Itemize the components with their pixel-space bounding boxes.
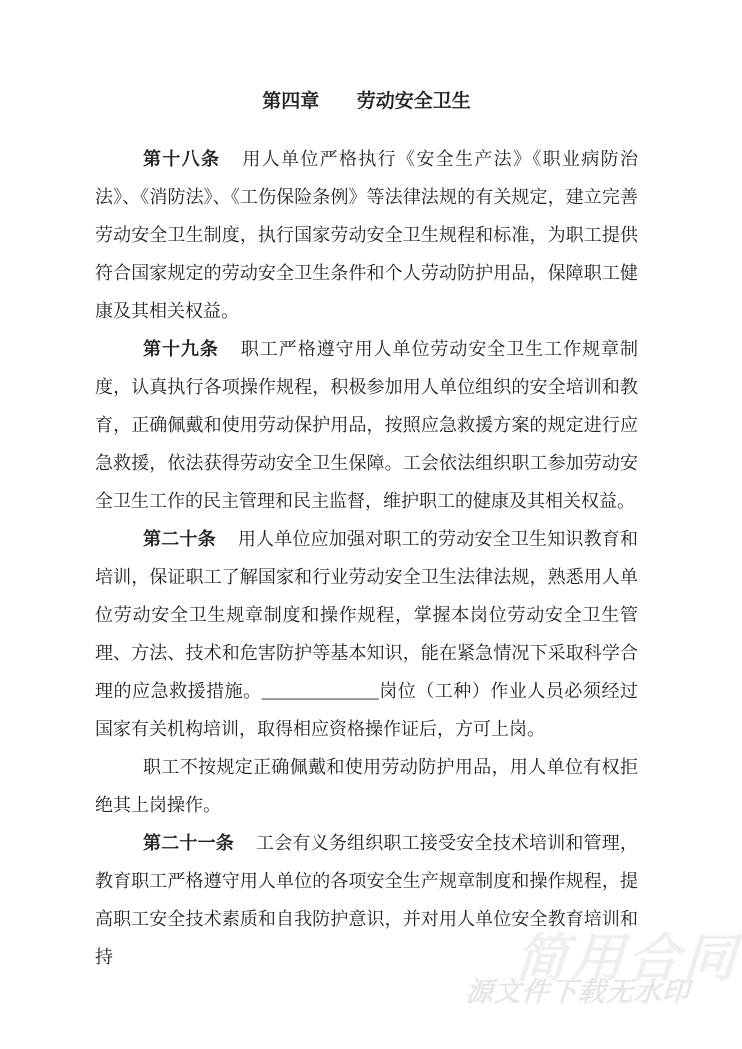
- paragraph-article-19: 第十九条职工严格遵守用人单位劳动安全卫生工作规章制度，认真执行各项操作规程，积极…: [95, 330, 638, 520]
- paragraph-article-20-note: 职工不按规定正确佩戴和使用劳动防护用品，用人单位有权拒绝其上岗操作。: [95, 748, 638, 824]
- article-20-body: 用人单位应加强对职工的劳动安全卫生知识教育和培训，保证职工了解国家和行业劳动安全…: [95, 529, 638, 739]
- paragraph-article-20: 第二十条用人单位应加强对职工的劳动安全卫生知识教育和培训，保证职工了解国家和行业…: [95, 520, 638, 748]
- article-21-head: 第二十一条: [143, 833, 234, 853]
- article-18-head: 第十八条: [143, 149, 220, 169]
- article-19-head: 第十九条: [143, 339, 219, 359]
- paragraph-article-21: 第二十一条工会有义务组织职工接受安全技术培训和管理，教育职工严格遵守用人单位的各…: [95, 824, 638, 976]
- article-19-body: 职工严格遵守用人单位劳动安全卫生工作规章制度，认真执行各项操作规程，积极参加用人…: [95, 339, 638, 511]
- article-20-note-body: 职工不按规定正确佩戴和使用劳动防护用品，用人单位有权拒绝其上岗操作。: [95, 757, 638, 815]
- chapter-title: 第四章 劳动安全卫生: [95, 83, 638, 121]
- document-page: 简用合同 源文件下载无水印 第四章 劳动安全卫生 第十八条用人单位严格执行《安全…: [0, 0, 742, 1049]
- paragraph-article-18: 第十八条用人单位严格执行《安全生产法》《职业病防治法》、《消防法》、《工伤保险条…: [95, 140, 638, 330]
- article-18-body: 用人单位严格执行《安全生产法》《职业病防治法》、《消防法》、《工伤保险条例》等法…: [95, 149, 638, 321]
- article-20-head: 第二十条: [143, 529, 216, 549]
- article-21-body: 工会有义务组织职工接受安全技术培训和管理，教育职工严格遵守用人单位的各项安全生产…: [95, 833, 638, 967]
- chapter-name: 劳动安全卫生: [357, 91, 471, 112]
- chapter-number: 第四章: [262, 91, 319, 112]
- document-content: 第四章 劳动安全卫生 第十八条用人单位严格执行《安全生产法》《职业病防治法》、《…: [95, 83, 638, 976]
